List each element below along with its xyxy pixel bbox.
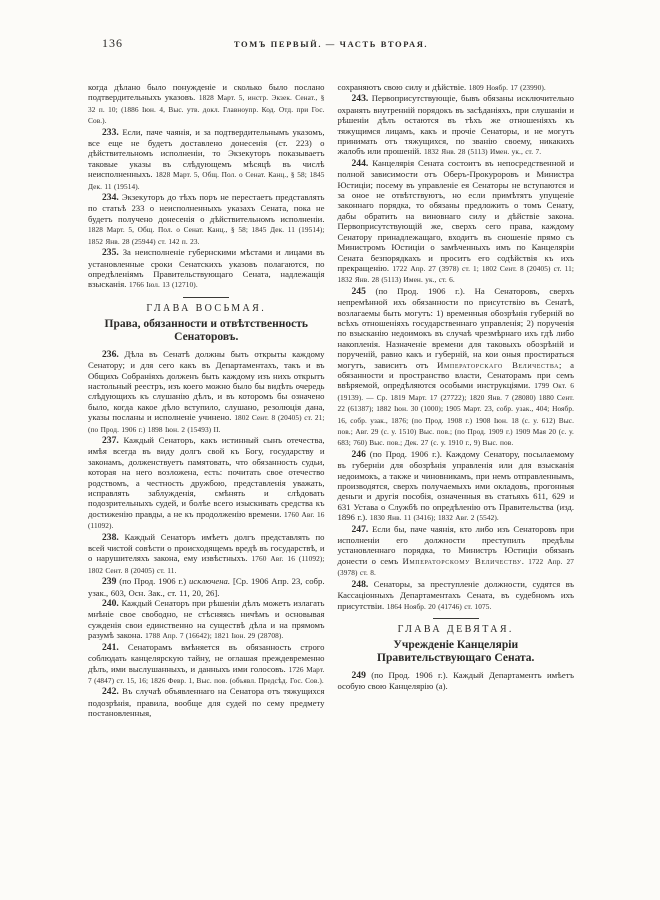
two-column-text: когда дѣлано было понужденіе и сколько б… xyxy=(88,82,574,719)
chapter-8-heading: ГЛАВА ВОСЬМАЯ. xyxy=(88,303,325,314)
article-234: 234. Экзекуторъ до тѣхъ поръ не перестае… xyxy=(88,192,325,247)
right-column: сохраняютъ свою силу и дѣйствіе. 1809 Но… xyxy=(338,82,575,719)
section-divider-rule xyxy=(433,618,479,619)
article-238: 238. Каждый Сенаторъ имѣетъ долгъ предст… xyxy=(88,532,325,577)
scanned-document-page: 136 ТОМЪ ПЕРВЫЙ. — ЧАСТЬ ВТОРАЯ. когда д… xyxy=(0,0,660,900)
article-233: 233. Если, паче чаянія, и за подтвердите… xyxy=(88,127,325,192)
article-247: 247. Если бы, паче чаянія, кто либо изъ … xyxy=(338,524,575,579)
page-content: 136 ТОМЪ ПЕРВЫЙ. — ЧАСТЬ ВТОРАЯ. когда д… xyxy=(88,36,574,719)
chapter-9-heading: ГЛАВА ДЕВЯТАЯ. xyxy=(338,624,575,635)
article-243: 243. Первоприсутствующіе, бывъ обязаны и… xyxy=(338,93,575,157)
article-242: 242. Въ случаѣ объявленнаго на Сенатора … xyxy=(88,686,325,718)
article-235: 235. За неисполненіе губернскими мѣстами… xyxy=(88,247,325,291)
article-249: 249 (по Прод. 1906 г.). Каждый Департаме… xyxy=(338,670,575,692)
article-245: 245 (по Прод. 1906 г.). На Сенаторовъ, с… xyxy=(338,286,575,449)
section-divider-rule xyxy=(183,297,229,298)
article-237: 237. Каждый Сенаторъ, какъ истинный сынъ… xyxy=(88,435,325,532)
page-number: 136 xyxy=(102,36,123,51)
article-246: 246 (по Прод. 1906 г.). Каждому Сенатору… xyxy=(338,449,575,524)
article-240: 240. Каждый Сенаторъ при рѣшеніи дѣлъ мо… xyxy=(88,598,325,642)
article-232-continuation: когда дѣлано было понужденіе и сколько б… xyxy=(88,82,325,127)
running-title: ТОМЪ ПЕРВЫЙ. — ЧАСТЬ ВТОРАЯ. xyxy=(88,36,574,49)
article-241: 241. Сенаторамъ вмѣняется въ обязанность… xyxy=(88,642,325,687)
article-248: 248. Сенаторы, за преступленіе должности… xyxy=(338,579,575,612)
article-236: 236. Дѣла въ Сенатѣ должны быть открыты … xyxy=(88,349,325,435)
running-header: 136 ТОМЪ ПЕРВЫЙ. — ЧАСТЬ ВТОРАЯ. xyxy=(88,36,574,56)
article-242-continuation: сохраняютъ свою силу и дѣйствіе. 1809 Но… xyxy=(338,82,575,93)
chapter-8-title: Права, обязанности и отвѣтственность Сен… xyxy=(94,318,319,345)
article-244: 244. Канцелярія Сената состоитъ въ непос… xyxy=(338,158,575,286)
left-column: когда дѣлано было понужденіе и сколько б… xyxy=(88,82,325,719)
article-239: 239 (по Прод. 1906 г.) исключена. [Ср. 1… xyxy=(88,576,325,598)
chapter-9-title: Учрежденіе Канцеляріи Правительствующаго… xyxy=(344,639,569,666)
